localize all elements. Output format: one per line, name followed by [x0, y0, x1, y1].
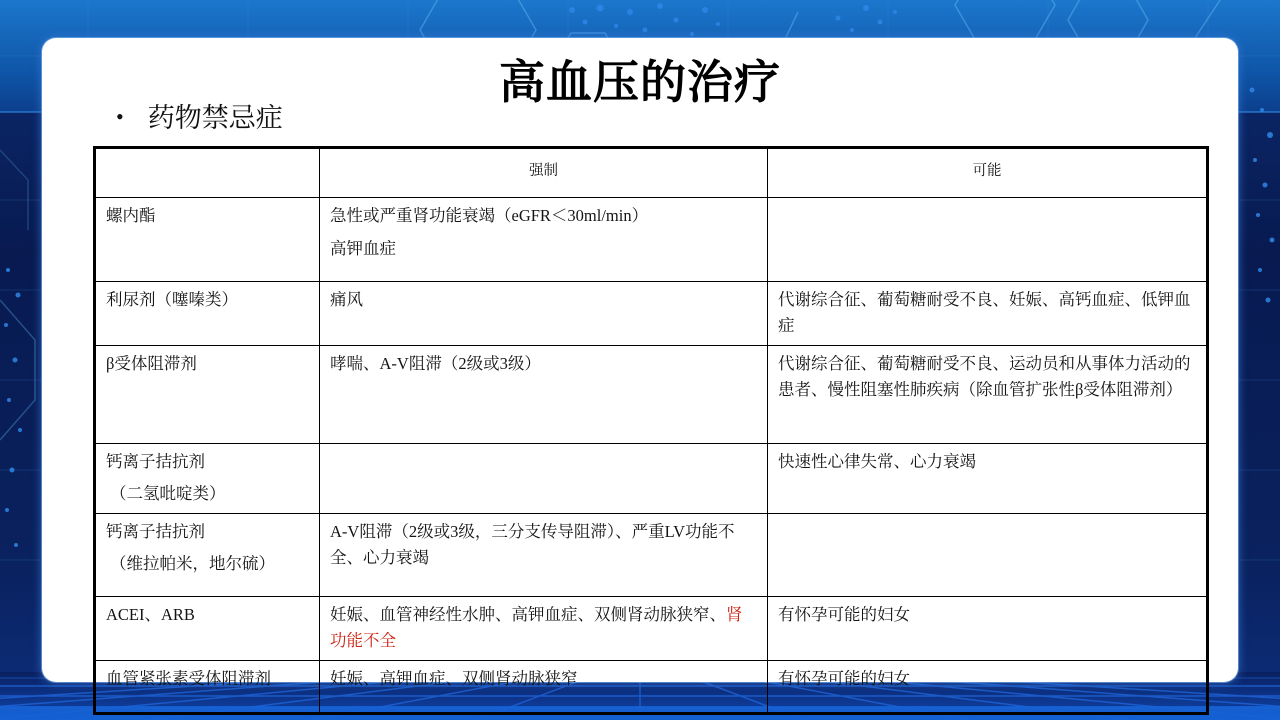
table-row-diuretics: 利尿剂（噻嗪类） 痛风 代谢综合征、葡萄糖耐受不良、妊娠、高钙血症、低钾血症 — [95, 282, 1208, 346]
cell-drug: β受体阻滞剂 — [95, 346, 320, 444]
table-row-beta-blocker: β受体阻滞剂 哮喘、A-V阻滞（2级或3级） 代谢综合征、葡萄糖耐受不良、运动员… — [95, 346, 1208, 444]
cell-possible: 有怀孕可能的妇女 — [768, 597, 1208, 661]
cell-drug: 钙离子拮抗剂 （二氢吡啶类） — [95, 444, 320, 514]
header-compelling: 强制 — [320, 148, 768, 198]
cell-possible — [768, 514, 1208, 597]
cell-text-line: 钙离子拮抗剂 — [106, 519, 309, 545]
cell-drug: 利尿剂（噻嗪类） — [95, 282, 320, 346]
table-header-row: 强制 可能 — [95, 148, 1208, 198]
cell-compelling: 妊娠、高钾血症、双侧肾动脉狭窄 — [320, 661, 768, 714]
bullet-icon: • — [116, 104, 124, 130]
table-row-angiotensin-receptor-blocker: 血管紧张素受体阻滞剂 妊娠、高钾血症、双侧肾动脉狭窄 有怀孕可能的妇女 — [95, 661, 1208, 714]
cell-compelling: A-V阻滞（2级或3级，三分支传导阻滞）、严重LV功能不全、心力衰竭 — [320, 514, 768, 597]
cell-drug: 螺内酯 — [95, 198, 320, 282]
cell-drug: 血管紧张素受体阻滞剂 — [95, 661, 320, 714]
cell-text-black: 妊娠、血管神经性水肿、高钾血症、双侧肾动脉狭窄、 — [330, 605, 726, 624]
bullet-item: •药物禁忌症 — [116, 96, 283, 135]
cell-possible — [768, 198, 1208, 282]
cell-drug: 钙离子拮抗剂 （维拉帕米，地尔硫） — [95, 514, 320, 597]
cell-possible: 快速性心律失常、心力衰竭 — [768, 444, 1208, 514]
table-row-spironolactone: 螺内酯 急性或严重肾功能衰竭（eGFR＜30ml/min） 高钾血症 — [95, 198, 1208, 282]
cell-compelling: 哮喘、A-V阻滞（2级或3级） — [320, 346, 768, 444]
table-row-ccb-dihydropyridine: 钙离子拮抗剂 （二氢吡啶类） 快速性心律失常、心力衰竭 — [95, 444, 1208, 514]
slide-stage: 高血压的治疗 •药物禁忌症 强制 可能 螺内酯 急性或严重肾功能衰竭（eGFR＜… — [0, 0, 1280, 720]
table-row-ccb-verapamil: 钙离子拮抗剂 （维拉帕米，地尔硫） A-V阻滞（2级或3级，三分支传导阻滞）、严… — [95, 514, 1208, 597]
cell-text-line: 急性或严重肾功能衰竭（eGFR＜30ml/min） — [330, 203, 757, 229]
cell-text-line: （维拉帕米，地尔硫） — [106, 551, 309, 577]
cell-text-line: 钙离子拮抗剂 — [106, 449, 309, 475]
cell-compelling: 痛风 — [320, 282, 768, 346]
table-row-acei-arb: ACEI、ARB 妊娠、血管神经性水肿、高钾血症、双侧肾动脉狭窄、肾功能不全 有… — [95, 597, 1208, 661]
contraindications-table: 强制 可能 螺内酯 急性或严重肾功能衰竭（eGFR＜30ml/min） 高钾血症… — [93, 146, 1209, 715]
cell-drug: ACEI、ARB — [95, 597, 320, 661]
cell-text-line: 高钾血症 — [330, 236, 757, 262]
bullet-label: 药物禁忌症 — [148, 103, 283, 133]
cell-possible: 代谢综合征、葡萄糖耐受不良、运动员和从事体力活动的患者、慢性阻塞性肺疾病（除血管… — [768, 346, 1208, 444]
cell-compelling: 急性或严重肾功能衰竭（eGFR＜30ml/min） 高钾血症 — [320, 198, 768, 282]
cell-text-line: （二氢吡啶类） — [106, 481, 309, 507]
header-possible: 可能 — [768, 148, 1208, 198]
cell-compelling — [320, 444, 768, 514]
cell-compelling: 妊娠、血管神经性水肿、高钾血症、双侧肾动脉狭窄、肾功能不全 — [320, 597, 768, 661]
cell-possible: 代谢综合征、葡萄糖耐受不良、妊娠、高钙血症、低钾血症 — [768, 282, 1208, 346]
header-drug — [95, 148, 320, 198]
cell-possible: 有怀孕可能的妇女 — [768, 661, 1208, 714]
slide-content-panel: 高血压的治疗 •药物禁忌症 强制 可能 螺内酯 急性或严重肾功能衰竭（eGFR＜… — [42, 38, 1238, 682]
